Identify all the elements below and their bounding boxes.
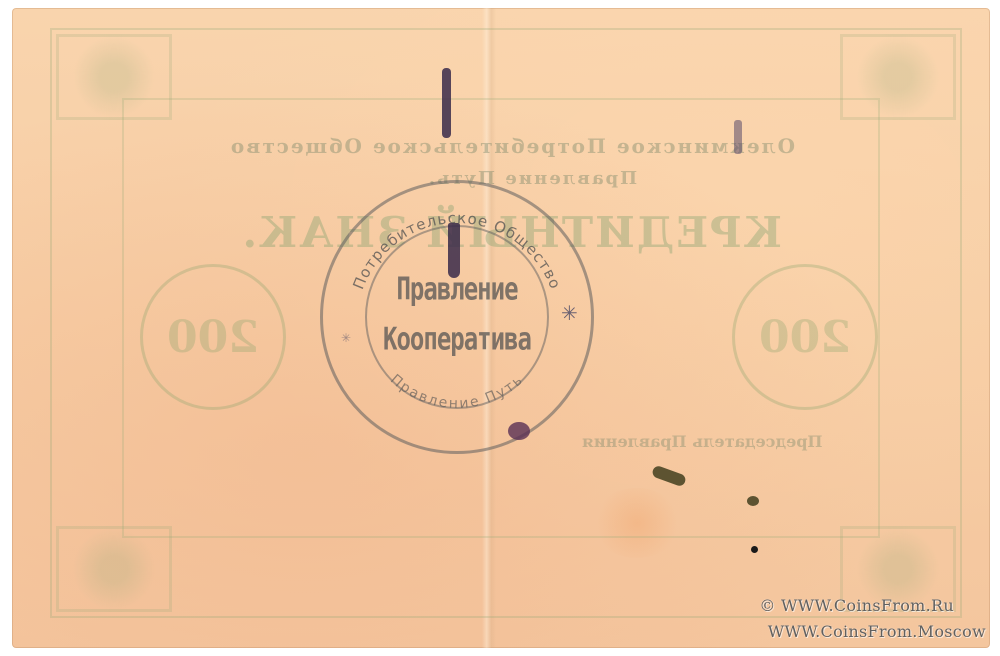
ink-mark: [448, 223, 460, 278]
ghost-print-line: Олекминское Потребительское Общество: [202, 134, 822, 158]
denomination-seal-right: 200: [732, 264, 878, 410]
ghost-print-signature-line: Председатель Правления: [582, 432, 823, 451]
star-icon: ✳: [341, 331, 351, 345]
corner-ornament: [840, 34, 956, 120]
cooperative-stamp: Потребительское Общество Правление Путь …: [320, 180, 594, 454]
stain: [747, 496, 759, 506]
watermark-line: WWW.CoinsFrom.Moscow: [768, 622, 986, 641]
ink-mark: [442, 68, 451, 138]
denomination-seal-left: 200: [140, 264, 286, 410]
corner-ornament: [56, 526, 172, 612]
star-icon: ✳: [561, 301, 578, 325]
denomination-value: 200: [759, 312, 851, 363]
pin-hole: [751, 546, 758, 553]
stamp-center-line: Кооператива: [323, 321, 591, 357]
banknote: Олекминское Потребительское Общество Пра…: [12, 8, 990, 648]
corner-ornament: [56, 34, 172, 120]
watermark-line: © WWW.CoinsFrom.Ru: [759, 596, 954, 615]
ink-mark: [508, 422, 530, 440]
ink-mark: [734, 120, 742, 154]
denomination-value: 200: [167, 312, 259, 363]
